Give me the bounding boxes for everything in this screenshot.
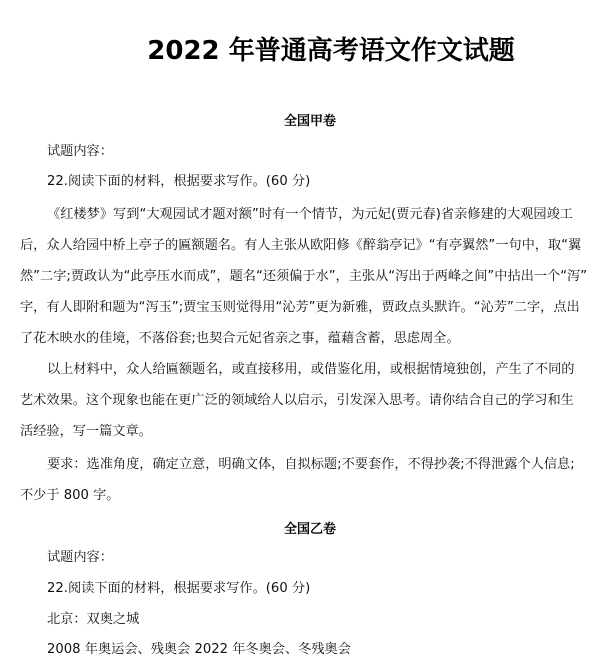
document-page: 2022 年普通高考语文作文试题 全国甲卷 试题内容： 22.阅读下面的材料，根… — [0, 0, 602, 670]
question-prompt: 22.阅读下面的材料，根据要求写作。(60 分) — [47, 580, 310, 598]
paragraph-line: 了花木映水的佳境，不落俗套;也契合元妃省亲之事，蕴藉含蓄，思虑周全。 — [20, 330, 460, 348]
paragraph-line: 后，众人给园中桥上亭子的匾额题名。有人主张从欧阳修《醉翁亭记》“有亭翼然”一句中… — [20, 237, 573, 255]
requirement-line: 不少于 800 字。 — [20, 487, 120, 505]
content-label: 试题内容： — [47, 549, 113, 567]
paragraph-line: 以上材料中，众人给匾额题名，或直接移用，或借鉴化用，或根据情境独创，产生了不同的 — [47, 361, 573, 379]
material-line: 2008 年奥运会、残奥会 2022 年冬奥会、冬残奥会 — [47, 641, 351, 659]
paragraph-line: 字，有人即附和题为“泻玉”;贾宝玉则觉得用“沁芳”更为新雅，贾政点头默许。“沁芳… — [20, 299, 573, 317]
paragraph-line: 活经验，写一篇文章。 — [20, 423, 152, 441]
requirement-line: 要求：选准角度，确定立意，明确文体，自拟标题;不要套作，不得抄袭;不得泄露个人信… — [47, 456, 573, 474]
section-heading-jia: 全国甲卷 — [0, 110, 602, 129]
document-title: 2022 年普通高考语文作文试题 — [0, 30, 602, 67]
material-heading: 北京：双奥之城 — [47, 611, 139, 629]
content-label: 试题内容： — [47, 143, 113, 161]
paragraph-line: 《红楼梦》写到“大观园试才题对额”时有一个情节，为元妃(贾元春)省亲修建的大观园… — [47, 206, 573, 224]
question-prompt: 22.阅读下面的材料，根据要求写作。(60 分) — [47, 173, 310, 191]
section-heading-yi: 全国乙卷 — [0, 518, 602, 537]
paragraph-line: 然”二字;贾政认为“此亭压水而成”，题名“还须偏于水”，主张从“泻出于两峰之间”… — [20, 268, 573, 286]
paragraph-line: 艺术效果。这个现象也能在更广泛的领域给人以启示，引发深入思考。请你结合自己的学习… — [20, 392, 573, 410]
